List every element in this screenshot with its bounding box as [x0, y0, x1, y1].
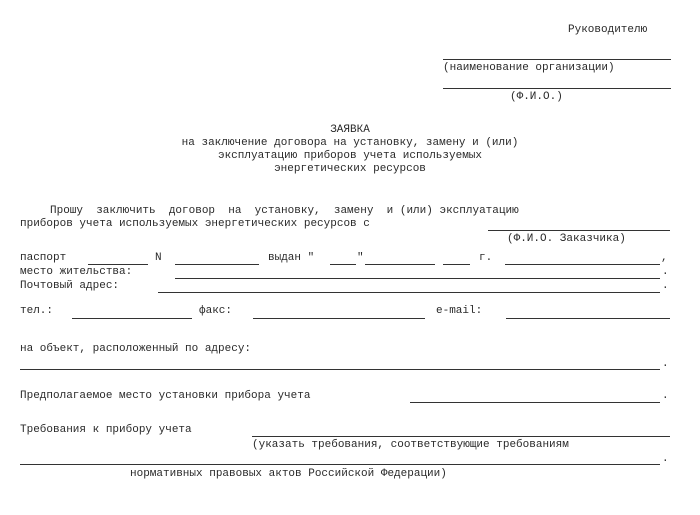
residence-period: .: [662, 266, 669, 279]
request-line-2: приборов учета используемых энергетическ…: [20, 218, 370, 231]
issue-year-field[interactable]: [443, 264, 470, 265]
customer-caption: (Ф.И.О. Заказчика): [507, 233, 626, 246]
postal-label: Почтовый адрес:: [20, 280, 119, 293]
heading-line-1: на заключение договора на установку, зам…: [0, 137, 700, 150]
residence-label: место жительства:: [20, 266, 132, 279]
postal-address-field[interactable]: [158, 292, 660, 293]
organization-field[interactable]: [443, 59, 671, 60]
object-period: .: [662, 358, 669, 371]
organization-caption: (наименование организации): [443, 62, 615, 75]
install-place-field[interactable]: [410, 402, 660, 403]
year-label: г.: [479, 252, 492, 265]
residence-field[interactable]: [175, 278, 660, 279]
object-label: на объект, расположенный по адресу:: [20, 343, 251, 356]
request-line-1: Прошу заключить договор на установку, за…: [20, 205, 670, 218]
requirements-caption-1: (указать требования, соответствующие тре…: [252, 439, 569, 452]
document-title: ЗАЯВКА: [0, 124, 700, 137]
passport-series-field[interactable]: [88, 264, 148, 265]
email-label: e-mail:: [436, 305, 482, 318]
heading-line-2: эксплуатацию приборов учета используемых: [0, 150, 700, 163]
phone-field[interactable]: [72, 318, 192, 319]
issue-month-field[interactable]: [365, 264, 435, 265]
passport-number-field[interactable]: [175, 264, 259, 265]
fax-field[interactable]: [253, 318, 425, 319]
heading-line-3: энергетических ресурсов: [0, 163, 700, 176]
requirements-caption-2: нормативных правовых актов Российской Фе…: [130, 468, 447, 481]
email-field[interactable]: [506, 318, 670, 319]
requirements-field[interactable]: [252, 436, 670, 437]
postal-period: .: [662, 280, 669, 293]
number-label: N: [155, 252, 162, 265]
install-place-label: Предполагаемое место установки прибора у…: [20, 390, 310, 403]
issued-label: выдан ": [268, 252, 314, 265]
addressee-title: Руководителю: [568, 24, 647, 37]
object-address-field[interactable]: [20, 369, 660, 370]
passport-label: паспорт: [20, 252, 66, 265]
issued-by-field[interactable]: [505, 264, 660, 265]
comma: ,: [661, 252, 668, 265]
customer-fio-field[interactable]: [488, 230, 670, 231]
requirements-field-2[interactable]: [20, 464, 660, 465]
issue-day-field[interactable]: [330, 264, 356, 265]
phone-label: тел.:: [20, 305, 53, 318]
fio-caption: (Ф.И.О.): [510, 91, 563, 104]
requirements-label: Требования к прибору учета: [20, 424, 192, 437]
fio-field[interactable]: [443, 88, 671, 89]
install-period: .: [662, 390, 669, 403]
fax-label: факс:: [199, 305, 232, 318]
quote-close: ": [357, 252, 364, 265]
requirements-period: .: [662, 453, 669, 466]
